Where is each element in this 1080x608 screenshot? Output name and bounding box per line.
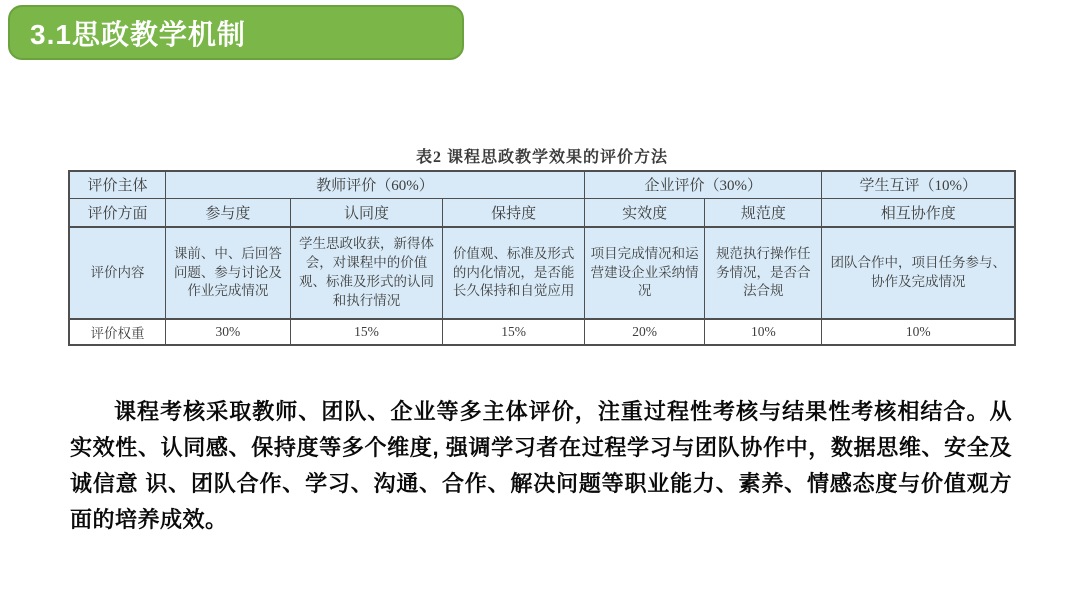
group-header-teacher: 教师评价（60%） — [165, 171, 584, 198]
weight-cell: 15% — [290, 319, 442, 345]
group-header-enterprise: 企业评价（30%） — [585, 171, 822, 198]
table-row-weights: 评价权重 30% 15% 15% 20% 10% 10% — [69, 319, 1015, 345]
group-header-student: 学生互评（10%） — [822, 171, 1015, 198]
summary-paragraph: 课程考核采取教师、团队、企业等多主体评价，注重过程性考核与结果性考核相结合。从实… — [70, 394, 1012, 538]
table-row-aspects: 评价方面 参与度 认同度 保持度 实效度 规范度 相互协作度 — [69, 198, 1015, 227]
aspect-cell: 参与度 — [165, 198, 290, 227]
row-header-weight: 评价权重 — [69, 319, 165, 345]
weight-cell: 10% — [705, 319, 822, 345]
section-title-badge: 3.1思政教学机制 — [8, 5, 464, 60]
table-row-subjects: 评价主体 教师评价（60%） 企业评价（30%） 学生互评（10%） — [69, 171, 1015, 198]
weight-cell: 15% — [443, 319, 585, 345]
aspect-cell: 相互协作度 — [822, 198, 1015, 227]
content-cell: 规范执行操作任务情况，是否合法合规 — [705, 227, 822, 319]
evaluation-table: 评价主体 教师评价（60%） 企业评价（30%） 学生互评（10%） 评价方面 … — [68, 170, 1016, 346]
aspect-cell: 保持度 — [443, 198, 585, 227]
aspect-cell: 认同度 — [290, 198, 442, 227]
aspect-cell: 规范度 — [705, 198, 822, 227]
content-cell: 课前、中、后回答问题、参与讨论及作业完成情况 — [165, 227, 290, 319]
row-header-content: 评价内容 — [69, 227, 165, 319]
weight-cell: 20% — [585, 319, 705, 345]
content-cell: 项目完成情况和运营建设企业采纳情况 — [585, 227, 705, 319]
content-cell: 价值观、标准及形式的内化情况，是否能长久保持和自觉应用 — [443, 227, 585, 319]
weight-cell: 30% — [165, 319, 290, 345]
aspect-cell: 实效度 — [585, 198, 705, 227]
content-cell: 团队合作中，项目任务参与、协作及完成情况 — [822, 227, 1015, 319]
content-cell: 学生思政收获，新得体会，对课程中的价值观、标准及形式的认同和执行情况 — [290, 227, 442, 319]
row-header-subject: 评价主体 — [69, 171, 165, 198]
section-title: 3.1思政教学机制 — [30, 13, 246, 53]
table-caption: 表2 课程思政教学效果的评价方法 — [68, 144, 1016, 167]
table-row-contents: 评价内容 课前、中、后回答问题、参与讨论及作业完成情况 学生思政收获，新得体会，… — [69, 227, 1015, 319]
weight-cell: 10% — [822, 319, 1015, 345]
row-header-aspect: 评价方面 — [69, 198, 165, 227]
